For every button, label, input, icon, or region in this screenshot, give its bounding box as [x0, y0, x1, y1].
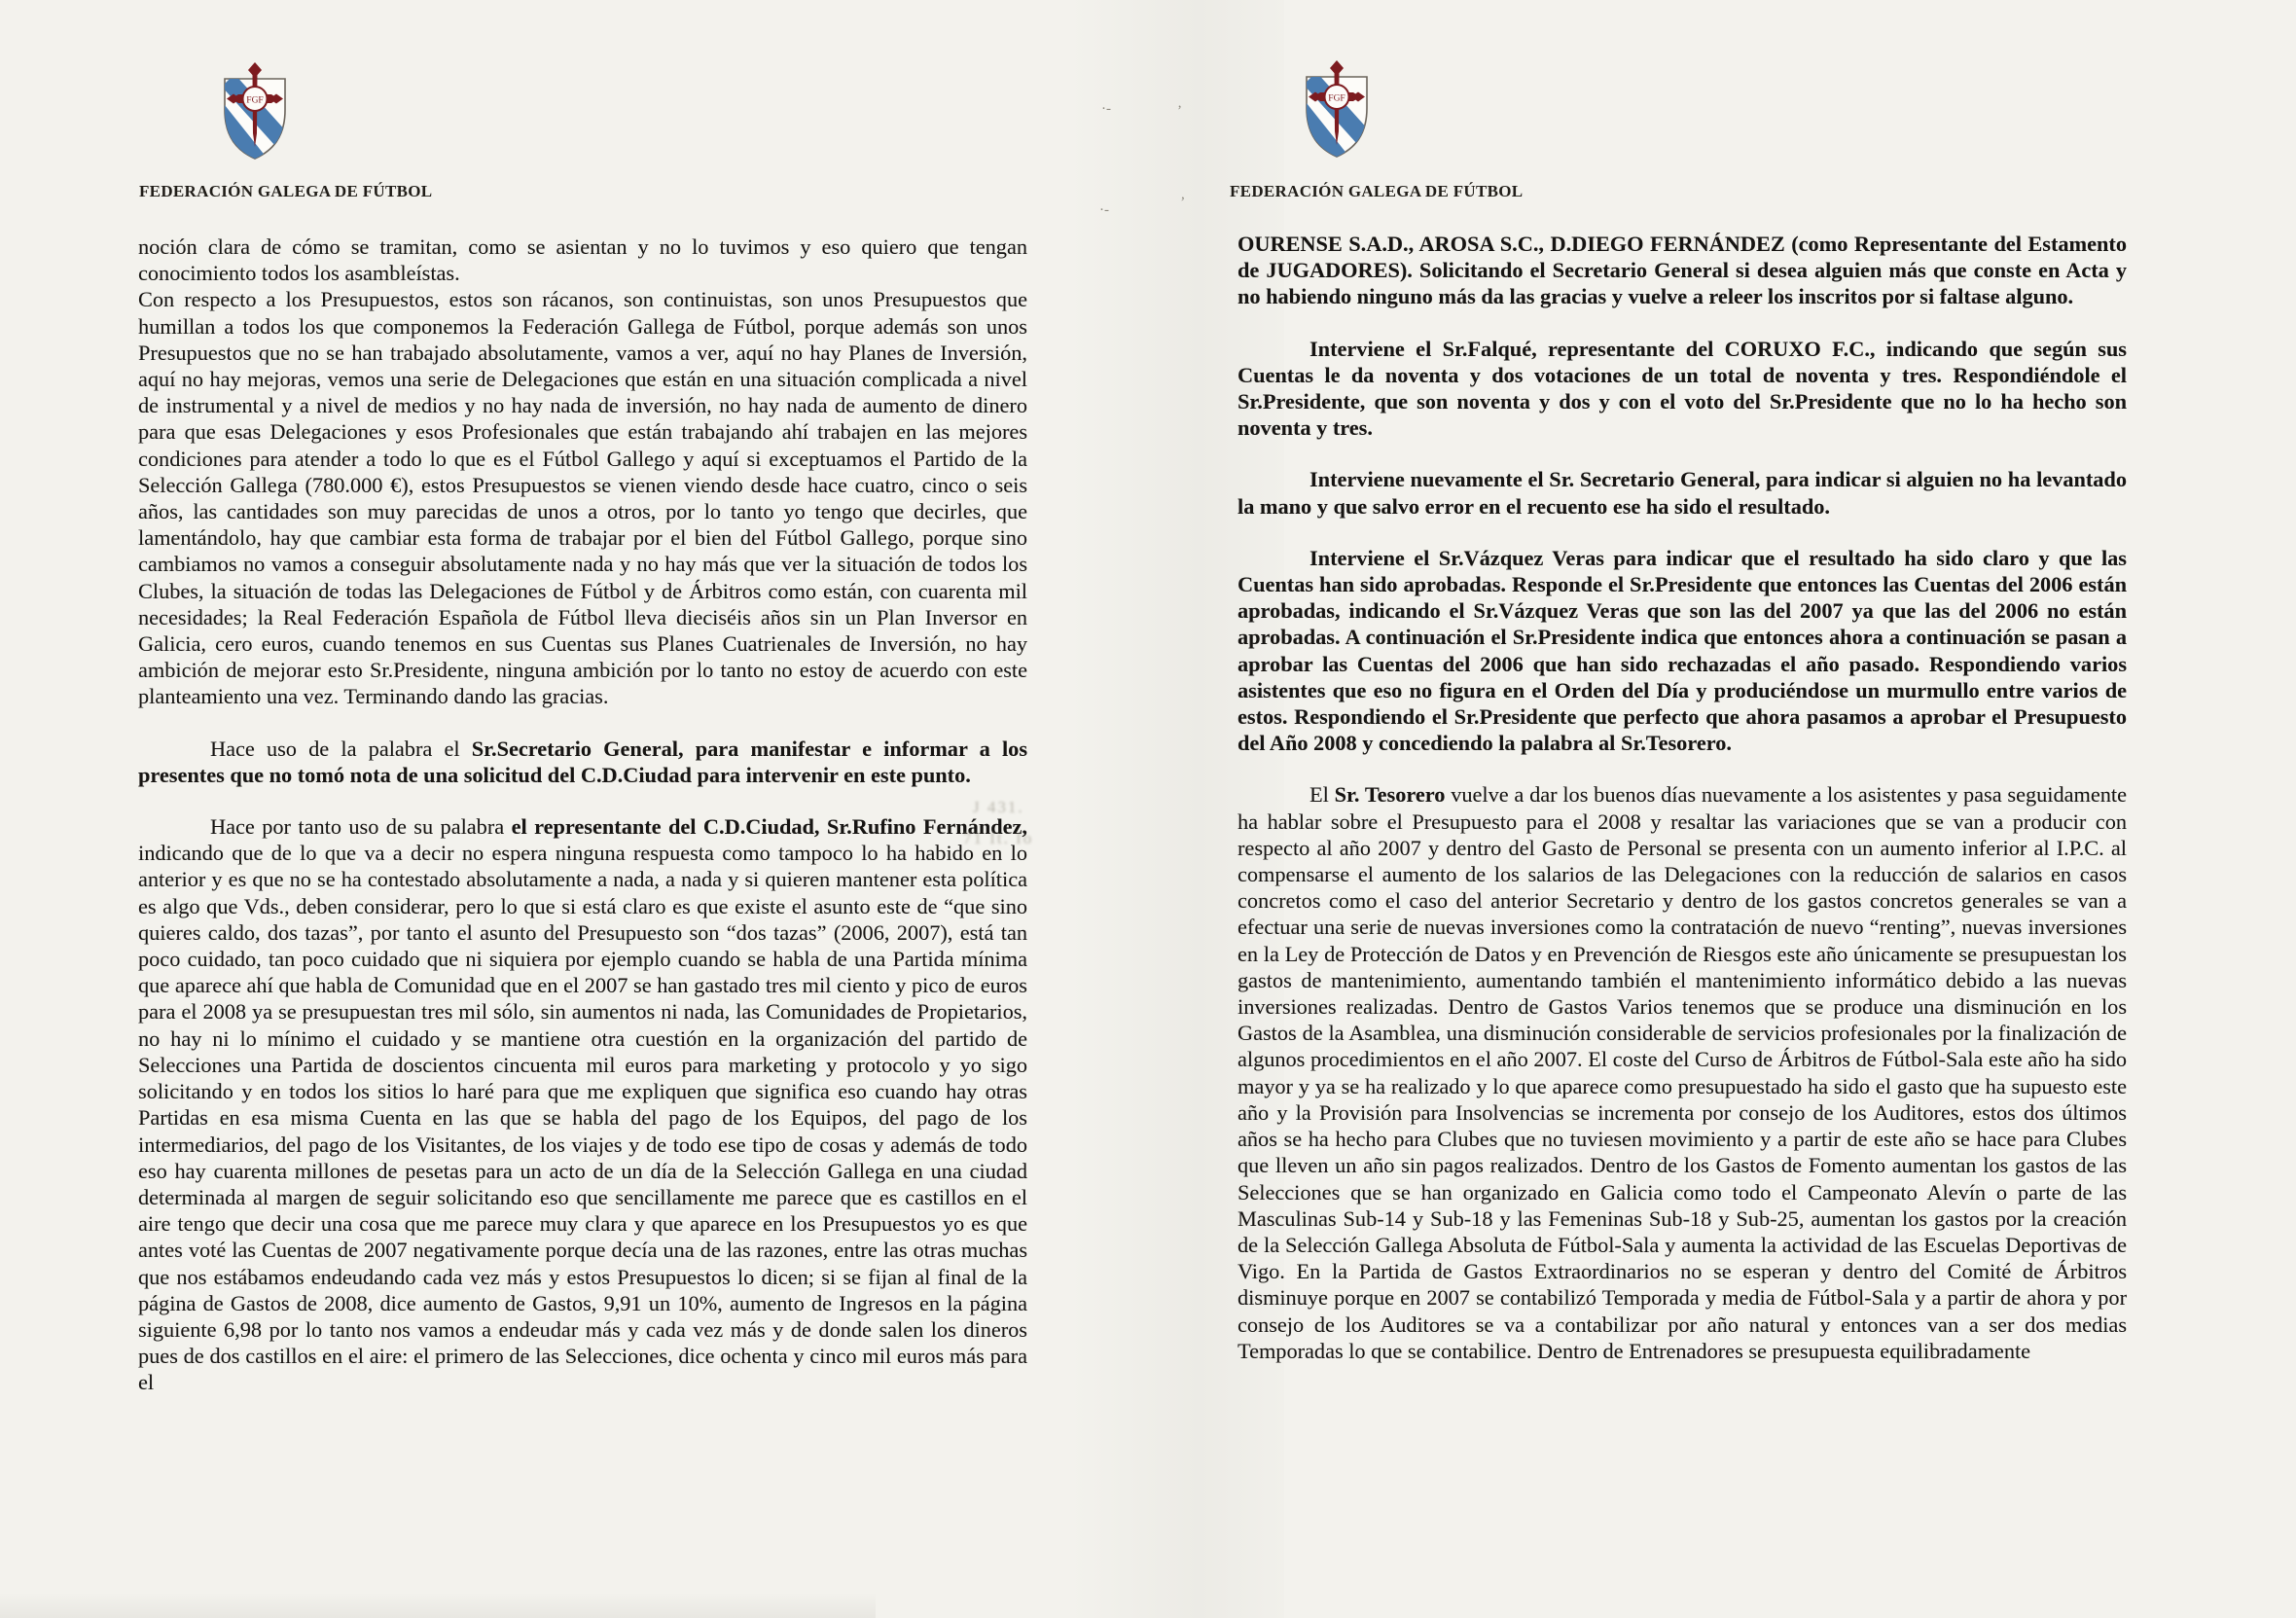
- scan-artifact: J 431.: [973, 798, 1024, 817]
- scan-edge-shading: [0, 1593, 876, 1618]
- paragraph: Interviene nuevamente el Sr. Secretario …: [1238, 466, 2127, 519]
- fgf-shield-icon: FGF: [1300, 58, 1374, 162]
- bold-text-run: Interviene nuevamente el Sr. Secretario …: [1238, 467, 2127, 518]
- scan-artifact: ,: [1181, 187, 1185, 203]
- scan-artifact: 71 It. Io: [963, 829, 1033, 848]
- paragraph: noción clara de cómo se tramitan, como s…: [138, 234, 1027, 286]
- fgf-crest-logo: FGF: [218, 60, 292, 163]
- paragraph: Interviene el Sr.Vázquez Veras para indi…: [1238, 545, 2127, 757]
- page-right-text: OURENSE S.A.D., AROSA S.C., D.DIEGO FERN…: [1238, 231, 2127, 1364]
- bold-text-run: Interviene el Sr.Falqué, representante d…: [1238, 337, 2127, 441]
- org-name-left: FEDERACIÓN GALEGA DE FÚTBOL: [139, 182, 432, 201]
- bold-text-run: Interviene el Sr.Vázquez Veras para indi…: [1238, 546, 2127, 755]
- page-left-text: noción clara de cómo se tramitan, como s…: [138, 234, 1027, 1396]
- scan-artifact: ·-: [1101, 101, 1111, 118]
- bold-text-run: el representante del C.D.Ciudad, Sr.Rufi…: [512, 814, 1027, 839]
- fgf-monogram: FGF: [246, 96, 263, 106]
- paragraph: OURENSE S.A.D., AROSA S.C., D.DIEGO FERN…: [1238, 231, 2127, 310]
- paragraph: Interviene el Sr.Falqué, representante d…: [1238, 336, 2127, 442]
- scan-artifact: ·-: [1099, 202, 1109, 219]
- bold-text-run: Sr. Tesorero: [1335, 782, 1446, 807]
- text-run: Hace por tanto uso de su palabra: [210, 814, 512, 839]
- text-run: El: [1309, 782, 1335, 807]
- text-run: Hace uso de la palabra el: [210, 737, 472, 761]
- bold-text-run: OURENSE S.A.D., AROSA S.C., D.DIEGO FERN…: [1238, 232, 2127, 308]
- org-name-right: FEDERACIÓN GALEGA DE FÚTBOL: [1230, 182, 1523, 201]
- scanned-document-spread: FGF FEDERACIÓN GALEGA DE FÚTBOL noción c…: [0, 0, 2296, 1618]
- paragraph: El Sr. Tesorero vuelve a dar los buenos …: [1238, 781, 2127, 1363]
- paragraph: Hace uso de la palabra el Sr.Secretario …: [138, 736, 1027, 788]
- paragraph: Con respecto a los Presupuestos, estos s…: [138, 286, 1027, 709]
- text-run: noción clara de cómo se tramitan, como s…: [138, 234, 1027, 285]
- text-run: indicando que de lo que va a decir no es…: [138, 841, 1027, 1394]
- fgf-crest-logo: FGF: [1300, 58, 1374, 162]
- fgf-shield-icon: FGF: [218, 60, 292, 163]
- scan-artifact: ’: [1177, 103, 1182, 120]
- paragraph: Hace por tanto uso de su palabra el repr…: [138, 813, 1027, 1395]
- text-run: vuelve a dar los buenos días nuevamente …: [1238, 782, 2127, 1362]
- text-run: Con respecto a los Presupuestos, estos s…: [138, 287, 1027, 708]
- fgf-monogram: FGF: [1328, 94, 1345, 104]
